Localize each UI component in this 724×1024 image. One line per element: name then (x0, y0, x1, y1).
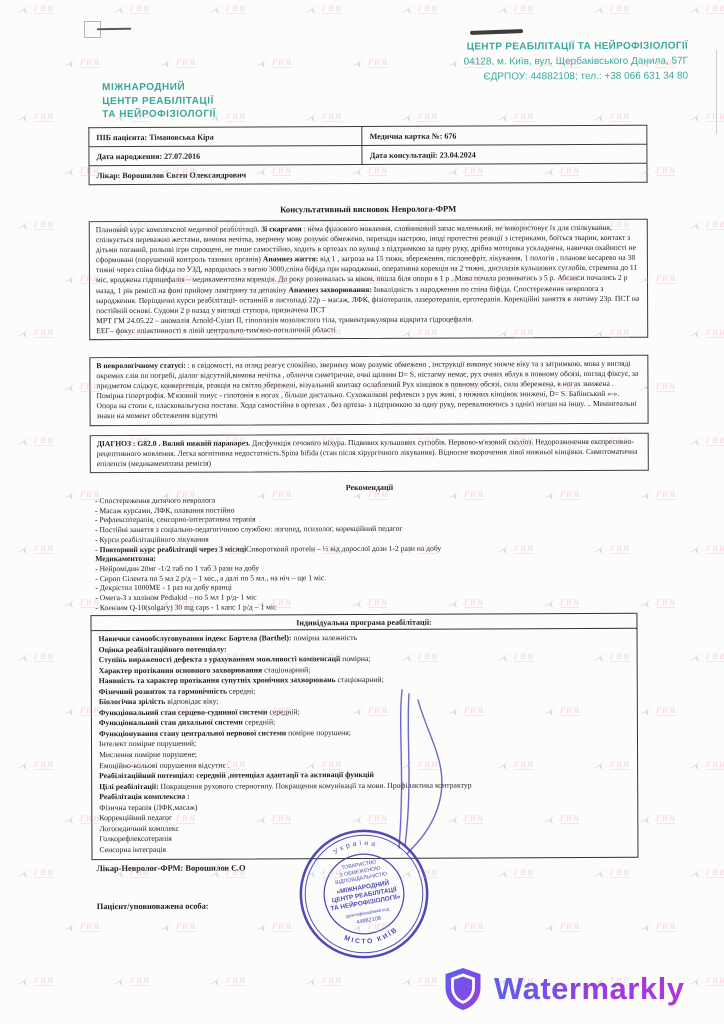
consult-date-cell: Дата консультації: 23.04.2024 (362, 144, 647, 164)
org-left-line: ТА НЕЙРОФІЗІОЛОГІЇ (102, 108, 216, 122)
recommendations-list: - Спостереження дитячого невролога- Маса… (95, 494, 643, 555)
watermarkly-logo: Watermarkly (442, 966, 684, 1012)
stamp-city: МІСТО КИЇВ (342, 925, 401, 950)
patient-name-cell: ПІБ пацієнта: Тімановська Кіра (89, 126, 362, 146)
org-left-line: МІЖНАРОДНИЙ (102, 81, 216, 95)
round-stamp: Україна МІСТО КИЇВ ТОВАРИСТВО З ОБМЕЖЕНО… (296, 826, 432, 962)
org-left-line: ЦЕНТР РЕАБІЛІТАЦІЇ (102, 94, 216, 108)
org-contacts: ЄДРПОУ: 44882108; тел.: +38 066 631 34 8… (248, 69, 688, 86)
rehab-program-box: Індивідуальна програма реабілітації: Нав… (90, 613, 638, 861)
text-run-bold: В неврологічному статусі: (96, 361, 186, 370)
scanned-document-page: ГИИГИИГИИГИИГИИГИИГИИГИИГИИГИИГИИГИИГИИГ… (0, 0, 724, 1024)
scan-artifact-edge (716, 50, 717, 134)
eeg-line: ЕЕГ– фокус епіактивності в лівій централ… (96, 324, 641, 336)
birth-date-cell: Дата народження: 27.07.2016 (89, 145, 362, 165)
doctor-cell: Лікар: Ворошилов Євген Олександрович (89, 163, 647, 184)
svg-text:МІСТО КИЇВ: МІСТО КИЇВ (342, 925, 401, 950)
shield-icon (442, 966, 484, 1012)
patient-info-table: ПІБ пацієнта: Тімановська Кіра Медична к… (88, 125, 647, 185)
medication-item: - Коензим Q-10(solgary) 30 mg caps - 1 к… (95, 601, 643, 613)
text-run-bold: Зі скаргами (261, 224, 302, 233)
org-logo-left: МІЖНАРОДНИЙ ЦЕНТР РЕАБІЛІТАЦІЇ ТА НЕЙРОФ… (102, 81, 216, 122)
medication-list: - Нейромідин 20мг -1/2 таб по 1 таб 3 ра… (95, 562, 643, 613)
text-run: Плановий курс комплексної медичної реабі… (96, 224, 261, 234)
watermarkly-text: Watermarkly (494, 971, 684, 1007)
text-run-bold: ДІАГНОЗ : G82.0 . Вялий нижній парапарез… (97, 438, 250, 448)
patient-signature-line: Пацієнт/уповноважена особа: (97, 902, 209, 911)
neuro-status-box: В неврологічному статусі: : в свідомості… (89, 355, 648, 426)
text-run-bold: Анамнез життя: (263, 254, 318, 263)
stamp-country: Україна (332, 837, 380, 857)
recommendations-section: - Спостереження дитячого невролога- Маса… (95, 494, 644, 613)
stamp-code: 44882108 (356, 916, 382, 926)
doctor-signature-line: Лікар-Невролог-ФРМ: Ворошилов Є.О (97, 864, 246, 874)
svg-text:Україна: Україна (332, 837, 380, 857)
medical-card-cell: Медична картка №: 676 (362, 125, 647, 145)
anamnesis-box: Плановий курс комплексної медичної реабі… (89, 219, 649, 340)
diagnosis-box: ДІАГНОЗ : G82.0 . Вялий нижній парапарез… (90, 433, 649, 474)
recommendations-title: Рекомендації (90, 482, 649, 493)
org-header-right: ЦЕНТР РЕАБІЛІТАЦІЇ ТА НЕЙРОФІЗІОЛОГІЇ 04… (248, 39, 688, 86)
document-title: Консультативный висновок Невролога-ФРМ (89, 203, 648, 215)
text-run-bold: Анамнез захворювання: (289, 285, 372, 294)
